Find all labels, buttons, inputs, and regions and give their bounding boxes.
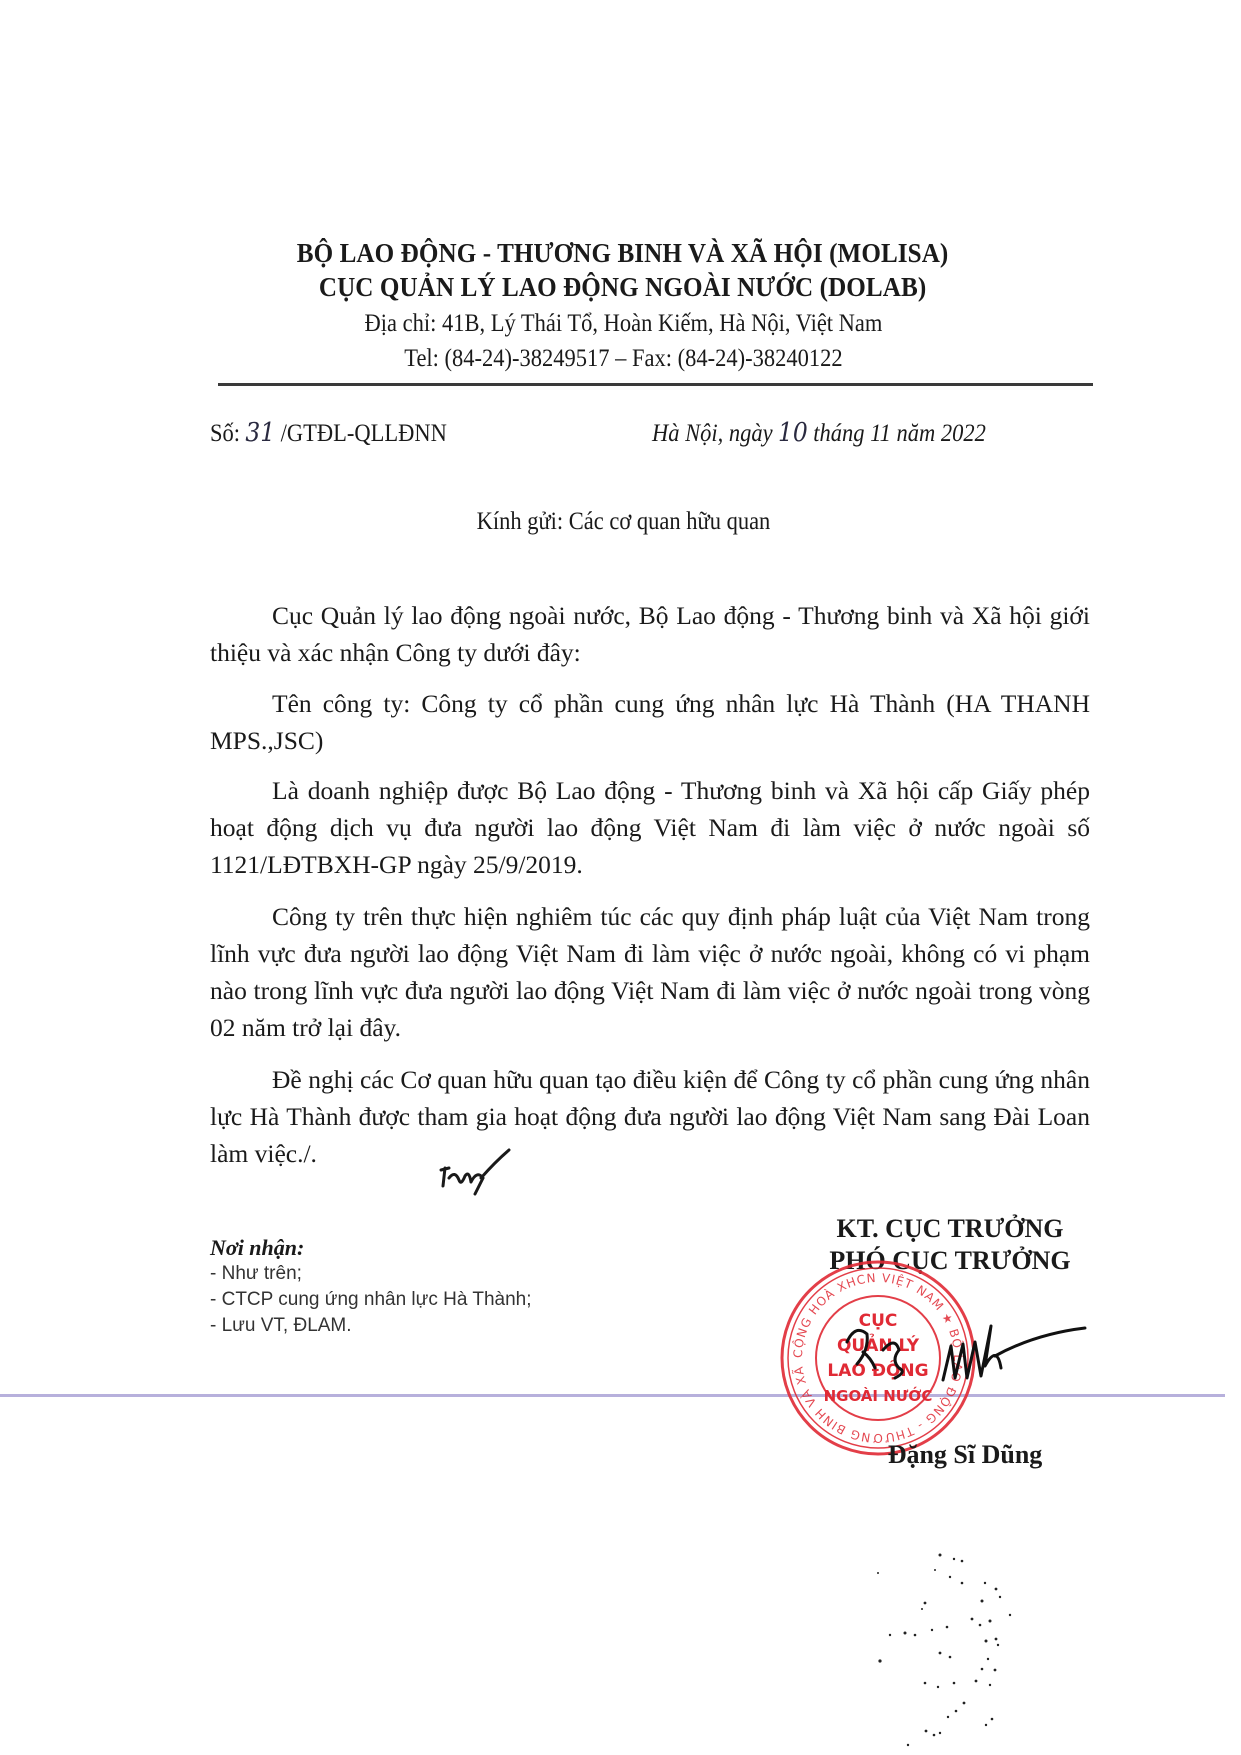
recipient-item: - Lưu VT, ĐLAM. <box>210 1313 532 1339</box>
date-suffix: tháng 11 năm 2022 <box>813 420 986 447</box>
body-paragraph-5: Đề nghị các Cơ quan hữu quan tạo điều ki… <box>210 1061 1090 1172</box>
paragraph-text: Là doanh nghiệp được Bộ Lao động - Thươn… <box>210 776 1090 879</box>
signer-name: Đặng Sĩ Dũng <box>860 1440 1070 1470</box>
reference-number: 31 <box>245 418 275 448</box>
handwritten-signature <box>835 1320 1095 1400</box>
paragraph-text: Công ty trên thực hiện nghiêm túc các qu… <box>210 902 1090 1042</box>
body-paragraph-3: Là doanh nghiệp được Bộ Lao động - Thươn… <box>210 772 1090 883</box>
body-paragraph-2: Tên công ty: Công ty cổ phần cung ứng nh… <box>210 685 1090 759</box>
greeting: Kính gửi: Các cơ quan hữu quan <box>65 508 1182 536</box>
document-reference: Số:31/GTĐL-QLLĐNN <box>210 418 447 448</box>
date-prefix: Hà Nội, ngày <box>652 420 773 447</box>
scan-noise-artifact <box>850 1535 1040 1750</box>
header-divider <box>218 383 1093 386</box>
paragraph-text: Cục Quản lý lao động ngoài nước, Bộ Lao … <box>210 601 1090 667</box>
recipients-title: Nơi nhận: <box>210 1235 532 1261</box>
department-address: Địa chỉ: 41B, Lý Thái Tổ, Hoàn Kiếm, Hà … <box>65 310 1182 338</box>
document-date: Hà Nội, ngày10tháng 11 năm 2022 <box>652 418 986 448</box>
paragraph-text: Đề nghị các Cơ quan hữu quan tạo điều ki… <box>210 1065 1090 1168</box>
ministry-name: BỘ LAO ĐỘNG - THƯƠNG BINH VÀ XÃ HỘI (MOL… <box>46 238 1200 269</box>
recipient-item: - CTCP cung ứng nhân lực Hà Thành; <box>210 1287 532 1313</box>
recipient-item: - Như trên; <box>210 1261 532 1287</box>
body-paragraph-1: Cục Quản lý lao động ngoài nước, Bộ Lao … <box>210 597 1090 671</box>
signature-title-line1: KT. CỤC TRƯỞNG <box>820 1213 1080 1245</box>
date-day: 10 <box>778 418 808 448</box>
recipients-block: Nơi nhận: - Như trên; - CTCP cung ứng nh… <box>210 1235 532 1339</box>
department-contact: Tel: (84-24)-38249517 – Fax: (84-24)-382… <box>65 345 1182 373</box>
department-name: CỤC QUẢN LÝ LAO ĐỘNG NGOÀI NƯỚC (DOLAB) <box>46 272 1200 303</box>
paragraph-text: Tên công ty: Công ty cổ phần cung ứng nh… <box>210 689 1090 755</box>
reference-prefix: Số: <box>210 420 240 447</box>
reference-suffix: /GTĐL-QLLĐNN <box>281 420 447 447</box>
handwritten-initials <box>435 1148 515 1198</box>
body-paragraph-4: Công ty trên thực hiện nghiêm túc các qu… <box>210 898 1090 1046</box>
